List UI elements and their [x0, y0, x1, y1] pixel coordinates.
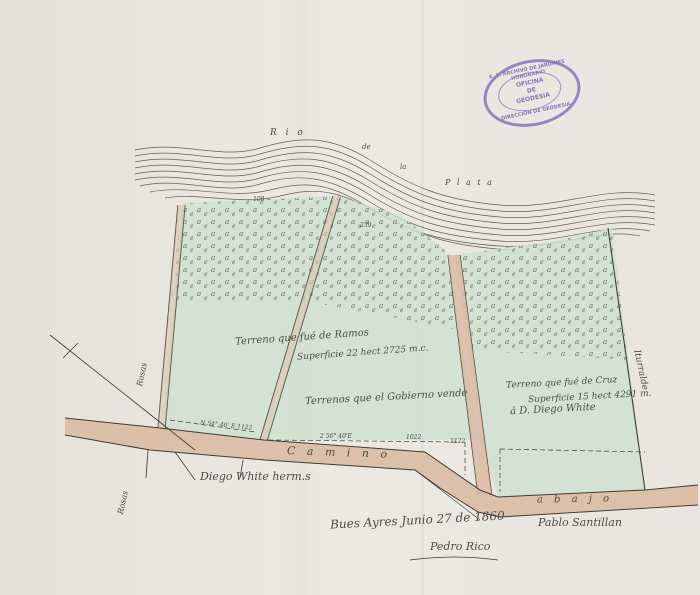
river-label-la: la: [400, 163, 406, 171]
river-label-rio: R i o: [270, 128, 306, 138]
river-label-plata: P l a t a: [445, 178, 494, 187]
measurement: 108: [253, 196, 264, 203]
measurement: 239: [360, 222, 371, 229]
historical-map: a e: [0, 0, 700, 595]
neighbor-pablo-santillan: Pablo Santillan: [538, 516, 622, 529]
road-abajo-label: a b a j o: [537, 493, 613, 505]
map-drawing: a e: [0, 0, 700, 595]
measurement: 2 56° 40'E: [320, 433, 352, 440]
neighbor-diego-white: Diego White herm.s: [200, 470, 311, 483]
measurement: 1022: [406, 434, 421, 441]
measurement: 1122: [450, 438, 465, 445]
signature-signer: Pedro Rico: [430, 540, 490, 553]
river-label-de: de: [362, 143, 371, 151]
